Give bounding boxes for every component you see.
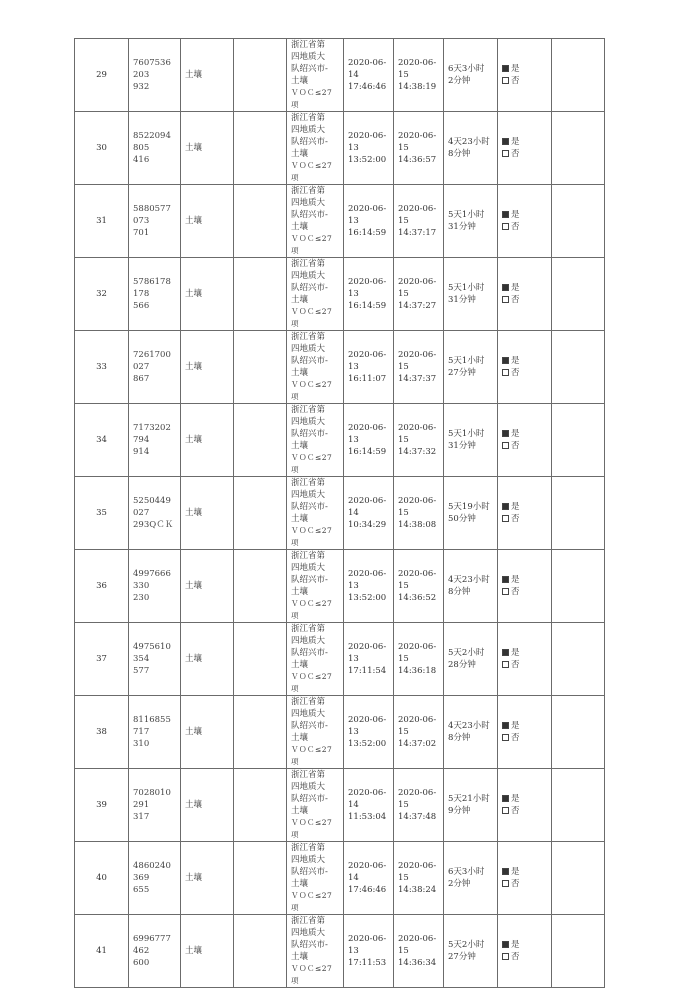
checkbox-yes-icon[interactable]: [502, 649, 509, 656]
desc-3: 土壤: [291, 952, 308, 962]
no: 31: [96, 216, 107, 226]
start-date: 2020-06-13: [348, 642, 386, 664]
checkbox-yes-icon[interactable]: [502, 138, 509, 145]
row-number: 34: [75, 404, 129, 477]
code-line2: 600: [133, 958, 149, 968]
remarks-cell: [552, 185, 605, 258]
sample-type: 土壤: [181, 477, 234, 550]
remarks-cell: [552, 696, 605, 769]
sample-code: 7173202794914: [129, 404, 181, 477]
desc-1: 四地质大: [291, 855, 325, 865]
desc-2: 队绍兴市-: [291, 502, 328, 512]
empty-cell: [234, 404, 287, 477]
duration: 5天1小时31分钟: [444, 404, 498, 477]
no-label: 否: [511, 76, 520, 86]
no: 40: [96, 873, 107, 883]
empty-cell: [234, 112, 287, 185]
start-time: 2020-06-1410:34:29: [344, 477, 394, 550]
remarks-cell: [552, 258, 605, 331]
no-label: 否: [511, 149, 520, 159]
code-line2: 566: [133, 301, 149, 311]
end-time: 14:38:24: [398, 885, 436, 895]
type: 土壤: [185, 362, 202, 372]
code-line2: 655: [133, 885, 149, 895]
no: 34: [96, 435, 107, 445]
end-time: 2020-06-1514:36:34: [394, 915, 444, 988]
desc-0: 浙江省第: [291, 478, 325, 488]
checkbox-no-icon[interactable]: [502, 150, 509, 157]
desc-1: 四地质大: [291, 709, 325, 719]
desc-3: 土壤: [291, 76, 308, 86]
end-date: 2020-06-15: [398, 861, 436, 883]
project-description: 浙江省第四地质大队绍兴市-土壤ＶＯＣ≤27项: [287, 185, 344, 258]
voc: ＶＯＣ≤27项: [291, 453, 332, 474]
start-time: 13:52:00: [348, 739, 386, 749]
duration-line2: 31分钟: [448, 295, 476, 305]
end-date: 2020-06-15: [398, 496, 436, 518]
end-time: 14:37:32: [398, 447, 436, 457]
code-line1: 8522094805: [133, 131, 171, 153]
start-time: 2020-06-1313:52:00: [344, 550, 394, 623]
sample-code: 8116855717310: [129, 696, 181, 769]
end-time: 2020-06-1514:37:32: [394, 404, 444, 477]
desc-3: 土壤: [291, 149, 308, 159]
voc: ＶＯＣ≤27项: [291, 234, 332, 255]
no: 33: [96, 362, 107, 372]
start-date: 2020-06-13: [348, 934, 386, 956]
checkbox-no-icon[interactable]: [502, 296, 509, 303]
desc-3: 土壤: [291, 879, 308, 889]
empty-cell: [234, 623, 287, 696]
end-date: 2020-06-15: [398, 569, 436, 591]
compliance-checkbox-group: 是 否: [498, 112, 552, 185]
duration: 4天23小时8分钟: [444, 112, 498, 185]
end-time: 14:37:37: [398, 374, 436, 384]
checkbox-yes-icon[interactable]: [502, 65, 509, 72]
sample-code: 6996777462600: [129, 915, 181, 988]
sample-code: 4997666330230: [129, 550, 181, 623]
end-time: 2020-06-1514:36:18: [394, 623, 444, 696]
desc-2: 队绍兴市-: [291, 575, 328, 585]
yes-label: 是: [511, 867, 520, 877]
checkbox-yes-icon[interactable]: [502, 722, 509, 729]
checkbox-yes-icon[interactable]: [502, 211, 509, 218]
type: 土壤: [185, 946, 202, 956]
desc-1: 四地质大: [291, 344, 325, 354]
remarks-cell: [552, 39, 605, 112]
compliance-checkbox-group: 是 否: [498, 185, 552, 258]
desc-2: 队绍兴市-: [291, 648, 328, 658]
empty-cell: [234, 696, 287, 769]
start-time: 16:14:59: [348, 228, 386, 238]
compliance-checkbox-group: 是 否: [498, 623, 552, 696]
type: 土壤: [185, 143, 202, 153]
start-date: 2020-06-14: [348, 788, 386, 810]
no-label: 否: [511, 514, 520, 524]
type: 土壤: [185, 70, 202, 80]
start-time: 11:53:04: [348, 812, 386, 822]
checkbox-no-icon[interactable]: [502, 734, 509, 741]
table-row: 36 4997666330230 土壤 浙江省第四地质大队绍兴市-土壤ＶＯＣ≤2…: [75, 550, 605, 623]
type: 土壤: [185, 508, 202, 518]
sample-code: 5880577073701: [129, 185, 181, 258]
code-line1: 7028010291: [133, 788, 171, 810]
duration-line1: 5天21小时: [448, 794, 490, 804]
remarks-cell: [552, 477, 605, 550]
code-line1: 7261700027: [133, 350, 171, 372]
start-time: 17:46:46: [348, 885, 386, 895]
no-label: 否: [511, 952, 520, 962]
desc-0: 浙江省第: [291, 332, 325, 342]
table-row: 33 7261700027867 土壤 浙江省第四地质大队绍兴市-土壤ＶＯＣ≤2…: [75, 331, 605, 404]
duration-line1: 5天2小时: [448, 648, 484, 658]
yes-label: 是: [511, 137, 520, 147]
code-line2: 317: [133, 812, 149, 822]
checkbox-yes-icon[interactable]: [502, 430, 509, 437]
type: 土壤: [185, 800, 202, 810]
start-time: 16:11:07: [348, 374, 386, 384]
code-line1: 6996777462: [133, 934, 171, 956]
project-description: 浙江省第四地质大队绍兴市-土壤ＶＯＣ≤27项: [287, 112, 344, 185]
end-time: 2020-06-1514:37:02: [394, 696, 444, 769]
desc-2: 队绍兴市-: [291, 356, 328, 366]
desc-3: 土壤: [291, 368, 308, 378]
sample-code: 4860240369655: [129, 842, 181, 915]
table-row: 35 5250449027293QＣＫ 土壤 浙江省第四地质大队绍兴市-土壤ＶＯ…: [75, 477, 605, 550]
end-time: 14:37:02: [398, 739, 436, 749]
no-label: 否: [511, 660, 520, 670]
code-line1: 4860240369: [133, 861, 171, 883]
checkbox-no-icon[interactable]: [502, 880, 509, 887]
voc: ＶＯＣ≤27项: [291, 599, 332, 620]
row-number: 41: [75, 915, 129, 988]
duration-line2: 31分钟: [448, 441, 476, 451]
no-label: 否: [511, 733, 520, 743]
code-line1: 5880577073: [133, 204, 171, 226]
no: 32: [96, 289, 107, 299]
checkbox-no-icon[interactable]: [502, 77, 509, 84]
start-time: 2020-06-1317:11:53: [344, 915, 394, 988]
desc-2: 队绍兴市-: [291, 940, 328, 950]
yes-label: 是: [511, 64, 520, 74]
sample-type: 土壤: [181, 39, 234, 112]
project-description: 浙江省第四地质大队绍兴市-土壤ＶＯＣ≤27项: [287, 915, 344, 988]
end-time: 2020-06-1514:37:27: [394, 258, 444, 331]
desc-2: 队绍兴市-: [291, 137, 328, 147]
compliance-checkbox-group: 是 否: [498, 769, 552, 842]
project-description: 浙江省第四地质大队绍兴市-土壤ＶＯＣ≤27项: [287, 258, 344, 331]
compliance-checkbox-group: 是 否: [498, 477, 552, 550]
desc-2: 队绍兴市-: [291, 210, 328, 220]
start-time: 2020-06-1316:11:07: [344, 331, 394, 404]
start-time: 2020-06-1417:46:46: [344, 39, 394, 112]
row-number: 32: [75, 258, 129, 331]
end-time: 2020-06-1514:38:24: [394, 842, 444, 915]
start-date: 2020-06-13: [348, 277, 386, 299]
checkbox-yes-icon[interactable]: [502, 357, 509, 364]
duration-line1: 4天23小时: [448, 721, 490, 731]
start-date: 2020-06-14: [348, 496, 386, 518]
type: 土壤: [185, 873, 202, 883]
end-time: 14:36:18: [398, 666, 436, 676]
checkbox-yes-icon[interactable]: [502, 795, 509, 802]
desc-1: 四地质大: [291, 417, 325, 427]
sample-type: 土壤: [181, 404, 234, 477]
duration-line1: 5天1小时: [448, 356, 484, 366]
duration-line1: 5天1小时: [448, 429, 484, 439]
desc-0: 浙江省第: [291, 405, 325, 415]
row-number: 35: [75, 477, 129, 550]
checkbox-yes-icon[interactable]: [502, 503, 509, 510]
duration-line2: 2分钟: [448, 879, 470, 889]
end-date: 2020-06-15: [398, 423, 436, 445]
voc: ＶＯＣ≤27项: [291, 380, 332, 401]
project-description: 浙江省第四地质大队绍兴市-土壤ＶＯＣ≤27项: [287, 550, 344, 623]
desc-2: 队绍兴市-: [291, 721, 328, 731]
empty-cell: [234, 258, 287, 331]
compliance-checkbox-group: 是 否: [498, 258, 552, 331]
desc-0: 浙江省第: [291, 770, 325, 780]
no: 29: [96, 70, 107, 80]
start-time: 2020-06-1411:53:04: [344, 769, 394, 842]
duration-line2: 8分钟: [448, 733, 470, 743]
compliance-checkbox-group: 是 否: [498, 404, 552, 477]
duration-line2: 27分钟: [448, 952, 476, 962]
row-number: 38: [75, 696, 129, 769]
checkbox-no-icon[interactable]: [502, 442, 509, 449]
no-label: 否: [511, 806, 520, 816]
duration: 5天1小时27分钟: [444, 331, 498, 404]
desc-2: 队绍兴市-: [291, 64, 328, 74]
compliance-checkbox-group: 是 否: [498, 550, 552, 623]
code-line2: 932: [133, 82, 149, 92]
duration-line2: 8分钟: [448, 587, 470, 597]
desc-0: 浙江省第: [291, 40, 325, 50]
end-time: 14:37:27: [398, 301, 436, 311]
desc-3: 土壤: [291, 587, 308, 597]
checkbox-no-icon[interactable]: [502, 661, 509, 668]
yes-label: 是: [511, 210, 520, 220]
end-date: 2020-06-15: [398, 204, 436, 226]
type: 土壤: [185, 289, 202, 299]
sample-type: 土壤: [181, 842, 234, 915]
table-row: 37 4975610354577 土壤 浙江省第四地质大队绍兴市-土壤ＶＯＣ≤2…: [75, 623, 605, 696]
sample-type: 土壤: [181, 112, 234, 185]
desc-3: 土壤: [291, 222, 308, 232]
duration-line1: 6天3小时: [448, 64, 484, 74]
duration-line2: 31分钟: [448, 222, 476, 232]
voc: ＶＯＣ≤27项: [291, 891, 332, 912]
start-time: 2020-06-1316:14:59: [344, 258, 394, 331]
table-row: 34 7173202794914 土壤 浙江省第四地质大队绍兴市-土壤ＶＯＣ≤2…: [75, 404, 605, 477]
no-label: 否: [511, 441, 520, 451]
remarks-cell: [552, 623, 605, 696]
voc: ＶＯＣ≤27项: [291, 745, 332, 766]
duration-line1: 5天1小时: [448, 283, 484, 293]
duration: 6天3小时2分钟: [444, 39, 498, 112]
checkbox-yes-icon[interactable]: [502, 868, 509, 875]
type: 土壤: [185, 581, 202, 591]
checkbox-no-icon[interactable]: [502, 807, 509, 814]
row-number: 30: [75, 112, 129, 185]
code-line2: 577: [133, 666, 149, 676]
start-date: 2020-06-14: [348, 58, 386, 80]
code-line2: 293QＣＫ: [133, 520, 173, 530]
yes-label: 是: [511, 356, 520, 366]
end-time: 2020-06-1514:37:17: [394, 185, 444, 258]
project-description: 浙江省第四地质大队绍兴市-土壤ＶＯＣ≤27项: [287, 404, 344, 477]
desc-3: 土壤: [291, 441, 308, 451]
checkbox-yes-icon[interactable]: [502, 284, 509, 291]
sample-code: 4975610354577: [129, 623, 181, 696]
row-number: 36: [75, 550, 129, 623]
yes-label: 是: [511, 721, 520, 731]
checkbox-no-icon[interactable]: [502, 588, 509, 595]
start-date: 2020-06-13: [348, 569, 386, 591]
desc-2: 队绍兴市-: [291, 794, 328, 804]
end-time: 14:38:08: [398, 520, 436, 530]
remarks-cell: [552, 769, 605, 842]
no: 41: [96, 946, 107, 956]
desc-1: 四地质大: [291, 636, 325, 646]
empty-cell: [234, 331, 287, 404]
start-date: 2020-06-14: [348, 861, 386, 883]
desc-2: 队绍兴市-: [291, 429, 328, 439]
code-line2: 867: [133, 374, 149, 384]
end-time: 14:36:34: [398, 958, 436, 968]
start-time: 2020-06-1313:52:00: [344, 696, 394, 769]
project-description: 浙江省第四地质大队绍兴市-土壤ＶＯＣ≤27项: [287, 769, 344, 842]
duration-line1: 5天19小时: [448, 502, 490, 512]
code-line2: 310: [133, 739, 149, 749]
no-label: 否: [511, 295, 520, 305]
start-time: 2020-06-1316:14:59: [344, 404, 394, 477]
end-time: 2020-06-1514:38:08: [394, 477, 444, 550]
duration-line2: 27分钟: [448, 368, 476, 378]
start-date: 2020-06-13: [348, 131, 386, 153]
yes-label: 是: [511, 429, 520, 439]
checkbox-no-icon[interactable]: [502, 223, 509, 230]
sample-type: 土壤: [181, 331, 234, 404]
code-line2: 914: [133, 447, 149, 457]
duration-line1: 5天1小时: [448, 210, 484, 220]
desc-1: 四地质大: [291, 490, 325, 500]
desc-0: 浙江省第: [291, 624, 325, 634]
sample-type: 土壤: [181, 258, 234, 331]
duration: 5天2小时28分钟: [444, 623, 498, 696]
voc: ＶＯＣ≤27项: [291, 672, 332, 693]
type: 土壤: [185, 654, 202, 664]
sample-code: 5250449027293QＣＫ: [129, 477, 181, 550]
desc-1: 四地质大: [291, 125, 325, 135]
duration-line1: 4天23小时: [448, 575, 490, 585]
remarks-cell: [552, 112, 605, 185]
remarks-cell: [552, 331, 605, 404]
start-time: 2020-06-1317:11:54: [344, 623, 394, 696]
table-row: 29 7607536203932 土壤 浙江省第四地质大队绍兴市-土壤ＶＯＣ≤2…: [75, 39, 605, 112]
desc-2: 队绍兴市-: [291, 867, 328, 877]
end-time: 14:37:17: [398, 228, 436, 238]
no: 35: [96, 508, 107, 518]
code-line1: 4997666330: [133, 569, 171, 591]
duration: 5天2小时27分钟: [444, 915, 498, 988]
start-time: 17:46:46: [348, 82, 386, 92]
row-number: 33: [75, 331, 129, 404]
checkbox-no-icon[interactable]: [502, 369, 509, 376]
remarks-cell: [552, 404, 605, 477]
desc-0: 浙江省第: [291, 113, 325, 123]
desc-0: 浙江省第: [291, 916, 325, 926]
duration-line2: 9分钟: [448, 806, 470, 816]
yes-label: 是: [511, 575, 520, 585]
sample-code: 8522094805416: [129, 112, 181, 185]
desc-0: 浙江省第: [291, 551, 325, 561]
checkbox-no-icon[interactable]: [502, 953, 509, 960]
voc: ＶＯＣ≤27项: [291, 161, 332, 182]
empty-cell: [234, 915, 287, 988]
sample-code: 7261700027867: [129, 331, 181, 404]
yes-label: 是: [511, 502, 520, 512]
duration: 5天1小时31分钟: [444, 258, 498, 331]
end-date: 2020-06-15: [398, 934, 436, 956]
no: 39: [96, 800, 107, 810]
voc: ＶＯＣ≤27项: [291, 88, 332, 109]
end-time: 2020-06-1514:37:37: [394, 331, 444, 404]
empty-cell: [234, 39, 287, 112]
yes-label: 是: [511, 940, 520, 950]
sample-record-table: 29 7607536203932 土壤 浙江省第四地质大队绍兴市-土壤ＶＯＣ≤2…: [74, 38, 605, 988]
remarks-cell: [552, 915, 605, 988]
end-time: 14:36:57: [398, 155, 436, 165]
checkbox-yes-icon[interactable]: [502, 941, 509, 948]
end-time: 14:36:52: [398, 593, 436, 603]
voc: ＶＯＣ≤27项: [291, 964, 332, 985]
start-date: 2020-06-13: [348, 423, 386, 445]
duration-line1: 6天3小时: [448, 867, 484, 877]
table-row: 40 4860240369655 土壤 浙江省第四地质大队绍兴市-土壤ＶＯＣ≤2…: [75, 842, 605, 915]
duration: 4天23小时8分钟: [444, 696, 498, 769]
code-line1: 5250449027: [133, 496, 171, 518]
checkbox-no-icon[interactable]: [502, 515, 509, 522]
duration-line2: 28分钟: [448, 660, 476, 670]
row-number: 29: [75, 39, 129, 112]
duration: 5天19小时50分钟: [444, 477, 498, 550]
empty-cell: [234, 842, 287, 915]
table-row: 39 7028010291317 土壤 浙江省第四地质大队绍兴市-土壤ＶＯＣ≤2…: [75, 769, 605, 842]
code-line2: 230: [133, 593, 149, 603]
sample-type: 土壤: [181, 769, 234, 842]
desc-0: 浙江省第: [291, 186, 325, 196]
row-number: 40: [75, 842, 129, 915]
start-time: 17:11:53: [348, 958, 386, 968]
compliance-checkbox-group: 是 否: [498, 331, 552, 404]
start-time: 10:34:29: [348, 520, 386, 530]
row-number: 37: [75, 623, 129, 696]
sample-code: 5786178178566: [129, 258, 181, 331]
desc-1: 四地质大: [291, 198, 325, 208]
desc-0: 浙江省第: [291, 843, 325, 853]
desc-1: 四地质大: [291, 563, 325, 573]
end-date: 2020-06-15: [398, 131, 436, 153]
start-date: 2020-06-13: [348, 350, 386, 372]
end-time: 14:38:19: [398, 82, 436, 92]
duration-line1: 5天2小时: [448, 940, 484, 950]
yes-label: 是: [511, 283, 520, 293]
no: 38: [96, 727, 107, 737]
project-description: 浙江省第四地质大队绍兴市-土壤ＶＯＣ≤27项: [287, 39, 344, 112]
checkbox-yes-icon[interactable]: [502, 576, 509, 583]
start-time: 13:52:00: [348, 593, 386, 603]
